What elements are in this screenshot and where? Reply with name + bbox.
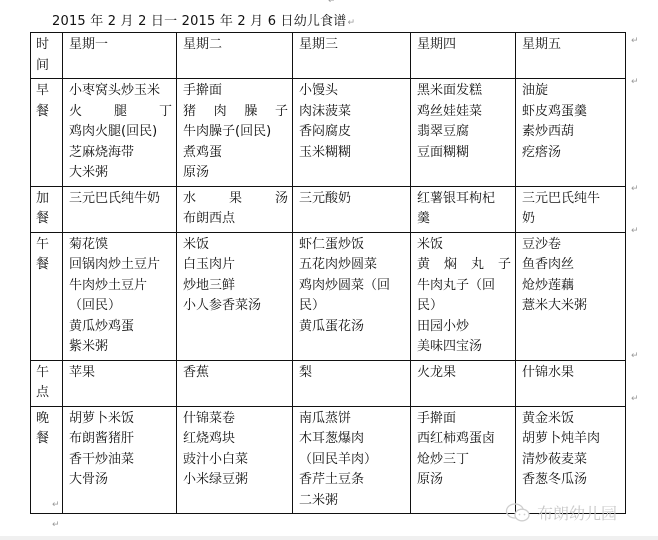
meal-row: 晚餐胡萝卜米饭布朗酱猪肝香干炒油菜大骨汤什锦菜卷红烧鸡块豉汁小白菜小米绿豆粥南瓜… bbox=[31, 406, 626, 514]
dish-item: 五花肉炒圆菜 bbox=[299, 255, 406, 276]
paragraph-mark: ↵ bbox=[348, 18, 356, 28]
dish-item: 豆沙卷 bbox=[522, 235, 621, 256]
dish-item: 黄金米饭 bbox=[522, 409, 621, 430]
header-row: 时间星期一星期二星期三星期四星期五 bbox=[31, 33, 626, 79]
meal-label: 加 bbox=[36, 189, 60, 210]
dish-item: （回民羊肉） bbox=[299, 450, 406, 471]
dish-item: 米饭 bbox=[417, 235, 511, 256]
dish-word: 丁 bbox=[159, 102, 172, 123]
menu-cell: 油旋虾皮鸡蛋羹素炒西葫疙瘩汤 bbox=[516, 79, 626, 187]
dish-item: 虾仁蛋炒饭 bbox=[299, 235, 406, 256]
menu-cell: 梨 bbox=[293, 360, 411, 406]
dish-word: 子 bbox=[498, 255, 511, 276]
paragraph-mark: ↵ bbox=[52, 500, 60, 510]
wechat-icon bbox=[505, 502, 531, 524]
row-end-mark: ↵ bbox=[631, 351, 639, 361]
menu-cell: 小枣窝头炒玉米火腿丁鸡肉火腿(回民)芝麻烧海带大米粥 bbox=[63, 79, 177, 187]
time-header-label: 间 bbox=[36, 56, 60, 77]
dish-item: 黑米面发糕 bbox=[417, 81, 511, 102]
dish-word: 臊 bbox=[244, 102, 257, 123]
day-header-label: 星期三 bbox=[299, 35, 406, 56]
dish-item: 香干炒油菜 bbox=[69, 450, 172, 471]
dish-item: 什锦水果 bbox=[522, 363, 621, 384]
dish-item: 牛肉炒土豆片 bbox=[69, 276, 172, 297]
dish-word: 焖 bbox=[444, 255, 457, 276]
meal-label-cell: 早餐 bbox=[31, 79, 63, 187]
dish-item: 虾皮鸡蛋羹 bbox=[522, 102, 621, 123]
row-end-mark: ↵ bbox=[631, 226, 639, 236]
dish-item: 田园小炒 bbox=[417, 317, 511, 338]
dish-item: 回锅肉炒土豆片 bbox=[69, 255, 172, 276]
menu-cell: 黑米面发糕鸡丝娃娃菜翡翠豆腐豆面糊糊 bbox=[411, 79, 516, 187]
dish-item: 素炒西葫 bbox=[522, 122, 621, 143]
dish-item: 木耳葱爆肉 bbox=[299, 429, 406, 450]
menu-cell: 南瓜蒸饼木耳葱爆肉（回民羊肉）香芹土豆条二米粥 bbox=[293, 406, 411, 514]
dish-item: 香蕉 bbox=[183, 363, 288, 384]
day-header-label: 星期四 bbox=[417, 35, 511, 56]
dish-item: 原汤 bbox=[183, 163, 288, 184]
meal-label-cell: 晚餐 bbox=[31, 406, 63, 514]
dish-item: 胡萝卜米饭 bbox=[69, 409, 172, 430]
meal-row: 加餐三元巴氏纯牛奶水果汤布朗西点三元酸奶红薯银耳枸杞羹三元巴氏纯牛奶 bbox=[31, 186, 626, 232]
meal-label: 晚 bbox=[36, 409, 60, 430]
menu-cell: 虾仁蛋炒饭五花肉炒圆菜鸡肉炒圆菜（回民）黄瓜蛋花汤 bbox=[293, 232, 411, 360]
dish-item: 苹果 bbox=[69, 363, 172, 384]
dish-item: 大骨汤 bbox=[69, 470, 172, 491]
menu-cell: 豆沙卷鱼香肉丝炝炒莲藕薏米大米粥 bbox=[516, 232, 626, 360]
meal-label: 餐 bbox=[36, 255, 60, 276]
dish-item: 鸡丝娃娃菜 bbox=[417, 102, 511, 123]
dish-item: 火龙果 bbox=[417, 363, 511, 384]
dish-item: 豆面糊糊 bbox=[417, 143, 511, 164]
dish-item: 鱼香肉丝 bbox=[522, 255, 621, 276]
dish-item: 玉米糊糊 bbox=[299, 143, 406, 164]
meal-label: 点 bbox=[36, 383, 60, 404]
dish-item: 什锦菜卷 bbox=[183, 409, 288, 430]
meal-row: 午餐菊花馍回锅肉炒土豆片牛肉炒土豆片（回民）黄瓜炒鸡蛋紫米粥米饭白玉肉片炒地三鲜… bbox=[31, 232, 626, 360]
menu-cell: 火龙果 bbox=[411, 360, 516, 406]
menu-cell: 三元巴氏纯牛奶 bbox=[63, 186, 177, 232]
dish-item: 小人参香菜汤 bbox=[183, 296, 288, 317]
dish-word: 汤 bbox=[275, 189, 288, 210]
dish-item: 水果汤 bbox=[183, 189, 288, 210]
title-text: 2015 年 2 月 2 日一 2015 年 2 月 6 日幼儿食谱 bbox=[52, 14, 347, 29]
dish-word: 猪 bbox=[183, 102, 196, 123]
menu-cell: 米饭黄焖丸子牛肉丸子（回民）田园小炒美味四宝汤 bbox=[411, 232, 516, 360]
dish-word: 子 bbox=[275, 102, 288, 123]
day-header-label: 星期二 bbox=[183, 35, 288, 56]
dish-item: 黄焖丸子 bbox=[417, 255, 511, 276]
dish-item: 三元巴氏纯牛 bbox=[522, 189, 621, 210]
dish-item: 米饭 bbox=[183, 235, 288, 256]
dish-item: 油旋 bbox=[522, 81, 621, 102]
dish-item: 红烧鸡块 bbox=[183, 429, 288, 450]
day-header-cell: 星期五 bbox=[516, 33, 626, 79]
dish-item: 手擀面 bbox=[417, 409, 511, 430]
dish-item: 薏米大米粥 bbox=[522, 296, 621, 317]
dish-item: 菊花馍 bbox=[69, 235, 172, 256]
dish-word: 丸 bbox=[471, 255, 484, 276]
dish-item: 民） bbox=[299, 296, 406, 317]
dish-item: 梨 bbox=[299, 363, 406, 384]
row-end-mark: ↵ bbox=[631, 36, 639, 46]
menu-cell: 胡萝卜米饭布朗酱猪肝香干炒油菜大骨汤 bbox=[63, 406, 177, 514]
watermark: 布朗幼儿园 bbox=[505, 501, 617, 524]
dish-item: 炝炒莲藕 bbox=[522, 276, 621, 297]
day-header-cell: 星期三 bbox=[293, 33, 411, 79]
dish-item: 鸡肉炒圆菜（回 bbox=[299, 276, 406, 297]
dish-item: 西红柿鸡蛋卤 bbox=[417, 429, 511, 450]
watermark-text: 布朗幼儿园 bbox=[537, 501, 617, 524]
dish-item: 芝麻烧海带 bbox=[69, 143, 172, 164]
meal-label: 午 bbox=[36, 235, 60, 256]
dish-item: 清炒莜麦菜 bbox=[522, 450, 621, 471]
dish-item: 香芹土豆条 bbox=[299, 470, 406, 491]
meal-row: 早餐小枣窝头炒玉米火腿丁鸡肉火腿(回民)芝麻烧海带大米粥手擀面猪肉臊子牛肉臊子(… bbox=[31, 79, 626, 187]
menu-cell: 手擀面西红柿鸡蛋卤炝炒三丁原汤 bbox=[411, 406, 516, 514]
dish-item: 黄瓜炒鸡蛋 bbox=[69, 317, 172, 338]
meal-row: 午点苹果香蕉梨火龙果什锦水果 bbox=[31, 360, 626, 406]
dish-word: 肉 bbox=[214, 102, 227, 123]
time-header-cell: 时间 bbox=[31, 33, 63, 79]
menu-cell: 水果汤布朗西点 bbox=[177, 186, 293, 232]
time-header-label: 时 bbox=[36, 35, 60, 56]
menu-cell: 红薯银耳枸杞羹 bbox=[411, 186, 516, 232]
menu-cell: 菊花馍回锅肉炒土豆片牛肉炒土豆片（回民）黄瓜炒鸡蛋紫米粥 bbox=[63, 232, 177, 360]
row-end-mark: ↵ bbox=[631, 184, 639, 194]
dish-item: 二米粥 bbox=[299, 491, 406, 512]
paragraph-mark: ↵ bbox=[328, 0, 336, 6]
dish-item: 布朗酱猪肝 bbox=[69, 429, 172, 450]
menu-cell: 什锦水果 bbox=[516, 360, 626, 406]
menu-cell: 三元酸奶 bbox=[293, 186, 411, 232]
dish-word: 腿 bbox=[114, 102, 127, 123]
dish-item: 南瓜蒸饼 bbox=[299, 409, 406, 430]
dish-item: 翡翠豆腐 bbox=[417, 122, 511, 143]
meal-label-cell: 午点 bbox=[31, 360, 63, 406]
row-end-mark: ↵ bbox=[631, 77, 639, 87]
meal-label: 早 bbox=[36, 81, 60, 102]
dish-item: 疙瘩汤 bbox=[522, 143, 621, 164]
menu-cell: 香蕉 bbox=[177, 360, 293, 406]
day-header-cell: 星期四 bbox=[411, 33, 516, 79]
dish-item: 肉沫菠菜 bbox=[299, 102, 406, 123]
dish-item: 奶 bbox=[522, 209, 621, 230]
dish-item: 布朗西点 bbox=[183, 209, 288, 230]
dish-item: 猪肉臊子 bbox=[183, 102, 288, 123]
meal-label: 餐 bbox=[36, 429, 60, 450]
meal-label: 午 bbox=[36, 363, 60, 384]
dish-item: 黄瓜蛋花汤 bbox=[299, 317, 406, 338]
dish-item: 小枣窝头炒玉米 bbox=[69, 81, 172, 102]
menu-cell: 小馒头肉沫菠菜香闷腐皮玉米糊糊 bbox=[293, 79, 411, 187]
day-header-cell: 星期一 bbox=[63, 33, 177, 79]
menu-cell: 苹果 bbox=[63, 360, 177, 406]
menu-cell: 黄金米饭胡萝卜炖羊肉清炒莜麦菜香葱冬瓜汤 bbox=[516, 406, 626, 514]
dish-item: 香葱冬瓜汤 bbox=[522, 470, 621, 491]
dish-item: 手擀面 bbox=[183, 81, 288, 102]
menu-cell: 米饭白玉肉片炒地三鲜小人参香菜汤 bbox=[177, 232, 293, 360]
dish-word: 水 bbox=[183, 189, 196, 210]
document-title: 2015 年 2 月 2 日一 2015 年 2 月 6 日幼儿食谱↵ bbox=[52, 10, 355, 29]
dish-item: 炝炒三丁 bbox=[417, 450, 511, 471]
meal-label: 餐 bbox=[36, 102, 60, 123]
day-header-cell: 星期二 bbox=[177, 33, 293, 79]
dish-item: 紫米粥 bbox=[69, 337, 172, 358]
dish-item: 牛肉丸子（回 bbox=[417, 276, 511, 297]
dish-item: 火腿丁 bbox=[69, 102, 172, 123]
dish-word: 火 bbox=[69, 102, 82, 123]
day-header-label: 星期一 bbox=[69, 35, 172, 56]
dish-item: 香闷腐皮 bbox=[299, 122, 406, 143]
dish-item: 牛肉臊子(回民) bbox=[183, 122, 288, 143]
dish-item: 白玉肉片 bbox=[183, 255, 288, 276]
dish-word: 黄 bbox=[417, 255, 430, 276]
dish-item: 大米粥 bbox=[69, 163, 172, 184]
dish-item: 鸡肉火腿(回民) bbox=[69, 122, 172, 143]
dish-item: （回民） bbox=[69, 296, 172, 317]
dish-item: 煮鸡蛋 bbox=[183, 143, 288, 164]
dish-item: 胡萝卜炖羊肉 bbox=[522, 429, 621, 450]
dish-item: 小馒头 bbox=[299, 81, 406, 102]
dish-word: 果 bbox=[229, 189, 242, 210]
menu-cell: 什锦菜卷红烧鸡块豉汁小白菜小米绿豆粥 bbox=[177, 406, 293, 514]
meal-label-cell: 午餐 bbox=[31, 232, 63, 360]
dish-item: 豉汁小白菜 bbox=[183, 450, 288, 471]
menu-table: 时间星期一星期二星期三星期四星期五早餐小枣窝头炒玉米火腿丁鸡肉火腿(回民)芝麻烧… bbox=[30, 32, 626, 514]
meal-label-cell: 加餐 bbox=[31, 186, 63, 232]
dish-item: 炒地三鲜 bbox=[183, 276, 288, 297]
dish-item: 小米绿豆粥 bbox=[183, 470, 288, 491]
dish-item: 美味四宝汤 bbox=[417, 337, 511, 358]
menu-cell: 三元巴氏纯牛奶 bbox=[516, 186, 626, 232]
dish-item: 羹 bbox=[417, 209, 511, 230]
menu-cell: 手擀面猪肉臊子牛肉臊子(回民)煮鸡蛋原汤 bbox=[177, 79, 293, 187]
row-end-mark: ↵ bbox=[631, 394, 639, 404]
dish-item: 红薯银耳枸杞 bbox=[417, 189, 511, 210]
bottom-divider bbox=[0, 536, 658, 540]
dish-item: 三元酸奶 bbox=[299, 189, 406, 210]
meal-label: 餐 bbox=[36, 209, 60, 230]
paragraph-mark: ↵ bbox=[52, 520, 60, 530]
dish-item: 原汤 bbox=[417, 470, 511, 491]
dish-item: 民） bbox=[417, 296, 511, 317]
day-header-label: 星期五 bbox=[522, 35, 621, 56]
dish-item: 三元巴氏纯牛奶 bbox=[69, 189, 172, 210]
